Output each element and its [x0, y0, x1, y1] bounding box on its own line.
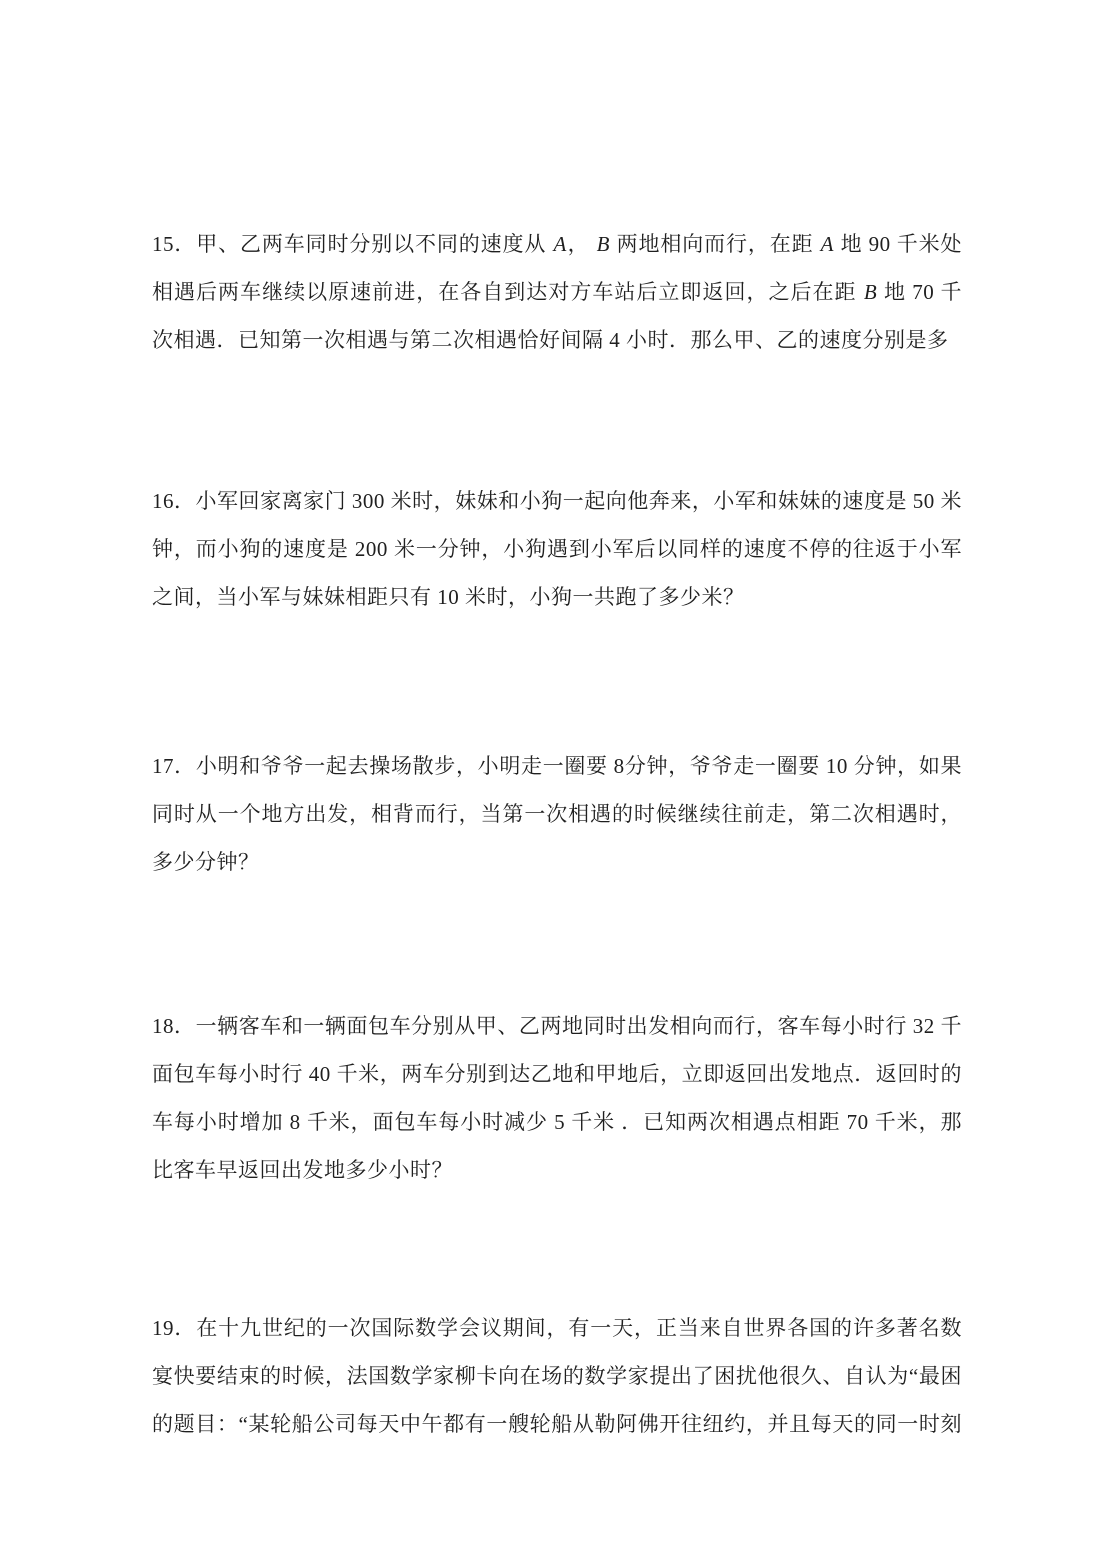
- text-line: 比客车早返回出发地多少小时？: [152, 1146, 962, 1194]
- text-line: 车每小时增加 8 千米，面包车每小时减少 5 千米 ．已知两次相遇点相距 70 …: [152, 1098, 962, 1146]
- text-segment: 多少分钟？: [152, 850, 260, 874]
- text-segment: 比客车早返回出发地多少小时？: [152, 1158, 453, 1182]
- text-segment: 同时从一个地方出发，相背而行，当第一次相遇的时候继续往前走，第二次相遇时，共用了: [152, 802, 962, 838]
- text-line: 宴快要结束的时候，法国数学家柳卡向在场的数学家提出了困扰他很久、自认为“最困难”: [152, 1352, 962, 1400]
- problem-16: 16．小军回家离家门 300 米时，妹妹和小狗一起向他奔来，小军和妹妹的速度是 …: [152, 477, 962, 621]
- problem-15: 15．甲、乙两车同时分别以不同的速度从 A， B 两地相向而行，在距 A 地 9…: [152, 220, 962, 364]
- text-segment: 相遇后两车继续以原速前进，在各自到达对方车站后立即返回，之后在距: [152, 280, 863, 304]
- math-variable: B: [596, 232, 611, 256]
- text-segment: 17．小明和爷爷一起去操场散步，小明走一圈要 8分钟，爷爷走一圈要 10 分钟，…: [152, 754, 962, 790]
- text-segment: 之间，当小军与妹妹相距只有 10 米时，小狗一共跑了多少米？: [152, 585, 745, 609]
- text-line: 同时从一个地方出发，相背而行，当第一次相遇的时候继续往前走，第二次相遇时，共用了: [152, 790, 962, 838]
- text-line: 多少分钟？: [152, 838, 962, 886]
- math-variable: B: [863, 280, 878, 304]
- text-segment: 15．甲、乙两车同时分别以不同的速度从: [152, 232, 552, 256]
- text-line: 面包车每小时行 40 千米，两车分别到达乙地和甲地后，立即返回出发地点．返回时的…: [152, 1050, 962, 1098]
- text-segment: 宴快要结束的时候，法国数学家柳卡向在场的数学家提出了困扰他很久、自认为“最困难”: [152, 1364, 962, 1400]
- text-line: 15．甲、乙两车同时分别以不同的速度从 A， B 两地相向而行，在距 A 地 9…: [152, 220, 962, 268]
- text-line: 之间，当小军与妹妹相距只有 10 米时，小狗一共跑了多少米？: [152, 573, 962, 621]
- text-segment: 18．一辆客车和一辆面包车分别从甲、乙两地同时出发相向而行，客车每小时行 32 …: [152, 1014, 962, 1050]
- text-line: 相遇后两车继续以原速前进，在各自到达对方车站后立即返回，之后在距 B 地 70 …: [152, 268, 962, 316]
- math-variable: A: [820, 232, 835, 256]
- text-segment: 次相遇．已知第一次相遇与第二次相遇恰好间隔 4 小时．那么甲、乙的速度分别是多少…: [152, 328, 949, 364]
- text-line: 18．一辆客车和一辆面包车分别从甲、乙两地同时出发相向而行，客车每小时行 32 …: [152, 1002, 962, 1050]
- text-line: 17．小明和爷爷一起去操场散步，小明走一圈要 8分钟，爷爷走一圈要 10 分钟，…: [152, 742, 962, 790]
- text-line: 16．小军回家离家门 300 米时，妹妹和小狗一起向他奔来，小军和妹妹的速度是 …: [152, 477, 962, 525]
- text-segment: 钟，而小狗的速度是 200 米一分钟，小狗遇到小军后以同样的速度不停的往返于小军…: [152, 537, 962, 573]
- text-segment: ，: [567, 232, 595, 256]
- text-line: 19．在十九世纪的一次国际数学会议期间，有一天，正当来自世界各国的许多著名数学家…: [152, 1304, 962, 1352]
- text-segment: 16．小军回家离家门 300 米时，妹妹和小狗一起向他奔来，小军和妹妹的速度是 …: [152, 489, 962, 525]
- text-line: 次相遇．已知第一次相遇与第二次相遇恰好间隔 4 小时．那么甲、乙的速度分别是多少…: [152, 316, 962, 364]
- text-segment: 19．在十九世纪的一次国际数学会议期间，有一天，正当来自世界各国的许多著名数学家…: [152, 1316, 962, 1352]
- math-variable: A: [552, 232, 567, 256]
- problem-17: 17．小明和爷爷一起去操场散步，小明走一圈要 8分钟，爷爷走一圈要 10 分钟，…: [152, 742, 962, 886]
- text-line: 的题目：“某轮船公司每天中午都有一艘轮船从勒阿佛开往纽约，并且每天的同一时刻也有: [152, 1400, 962, 1448]
- worksheet-page: 15．甲、乙两车同时分别以不同的速度从 A， B 两地相向而行，在距 A 地 9…: [0, 0, 1102, 1559]
- problem-18: 18．一辆客车和一辆面包车分别从甲、乙两地同时出发相向而行，客车每小时行 32 …: [152, 1002, 962, 1194]
- text-segment: 两地相向而行，在距: [611, 232, 820, 256]
- problem-19: 19．在十九世纪的一次国际数学会议期间，有一天，正当来自世界各国的许多著名数学家…: [152, 1304, 962, 1448]
- text-line: 钟，而小狗的速度是 200 米一分钟，小狗遇到小军后以同样的速度不停的往返于小军…: [152, 525, 962, 573]
- text-segment: 面包车每小时行 40 千米，两车分别到达乙地和甲地后，立即返回出发地点．返回时的…: [152, 1062, 962, 1098]
- text-segment: 车每小时增加 8 千米，面包车每小时减少 5 千米 ．已知两次相遇点相距 70 …: [152, 1110, 962, 1146]
- text-segment: 的题目：“某轮船公司每天中午都有一艘轮船从勒阿佛开往纽约，并且每天的同一时刻也有: [152, 1412, 962, 1448]
